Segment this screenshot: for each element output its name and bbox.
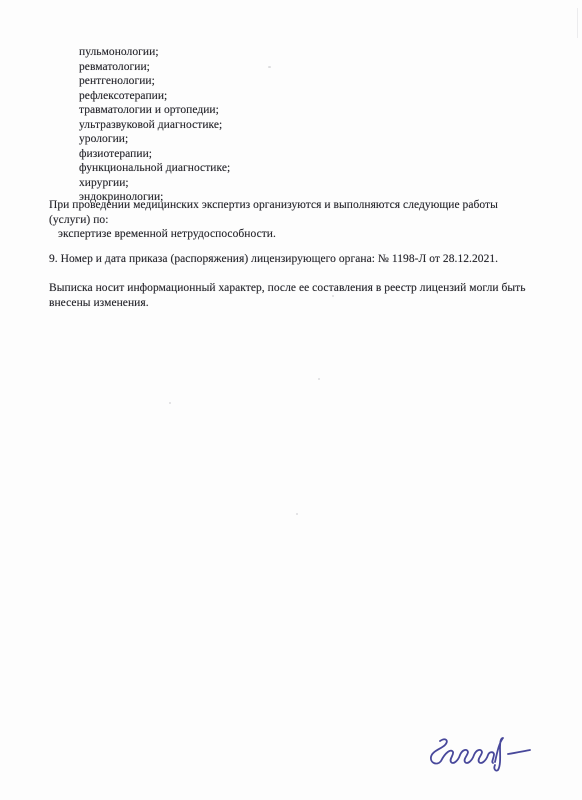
- service-item: рентгенологии;: [79, 74, 230, 89]
- scanned-document-page: пульмонологии; ревматологии; рентгенолог…: [0, 0, 582, 800]
- service-item: пульмонологии;: [79, 45, 230, 60]
- service-item: ревматологии;: [79, 60, 230, 75]
- service-item: физиотерапии;: [79, 147, 230, 162]
- scan-edge-artifact: [577, 8, 578, 38]
- expertise-paragraph-line3: экспертизе временной нетрудоспособности.: [58, 227, 276, 242]
- signature-stroke: [431, 738, 530, 771]
- services-list: пульмонологии; ревматологии; рентгенолог…: [79, 45, 230, 205]
- expertise-paragraph-line1: При проведении медицинских экспертиз орг…: [49, 198, 498, 213]
- service-item: урологии;: [79, 132, 230, 147]
- scan-speck: [296, 513, 298, 515]
- disclaimer-line2: внесены изменения.: [49, 296, 149, 311]
- scan-speck: [318, 378, 320, 380]
- signature-ink-icon: [415, 725, 535, 785]
- scan-speck: [268, 66, 271, 68]
- scan-speck: [169, 402, 171, 404]
- service-item: рефлексотерапии;: [79, 89, 230, 104]
- expertise-paragraph-line2: (услуги) по:: [49, 213, 108, 228]
- handwritten-signature: [415, 725, 535, 785]
- disclaimer-line1: Выписка носит информационный характер, п…: [49, 281, 526, 296]
- service-item: хирургии;: [79, 176, 230, 191]
- service-item: функциональной диагностике;: [79, 161, 230, 176]
- scan-speck: [332, 295, 334, 297]
- license-order-line: 9. Номер и дата приказа (распоряжения) л…: [49, 252, 498, 267]
- service-item: ультразвуковой диагностике;: [79, 118, 230, 133]
- service-item: травматологии и ортопедии;: [79, 103, 230, 118]
